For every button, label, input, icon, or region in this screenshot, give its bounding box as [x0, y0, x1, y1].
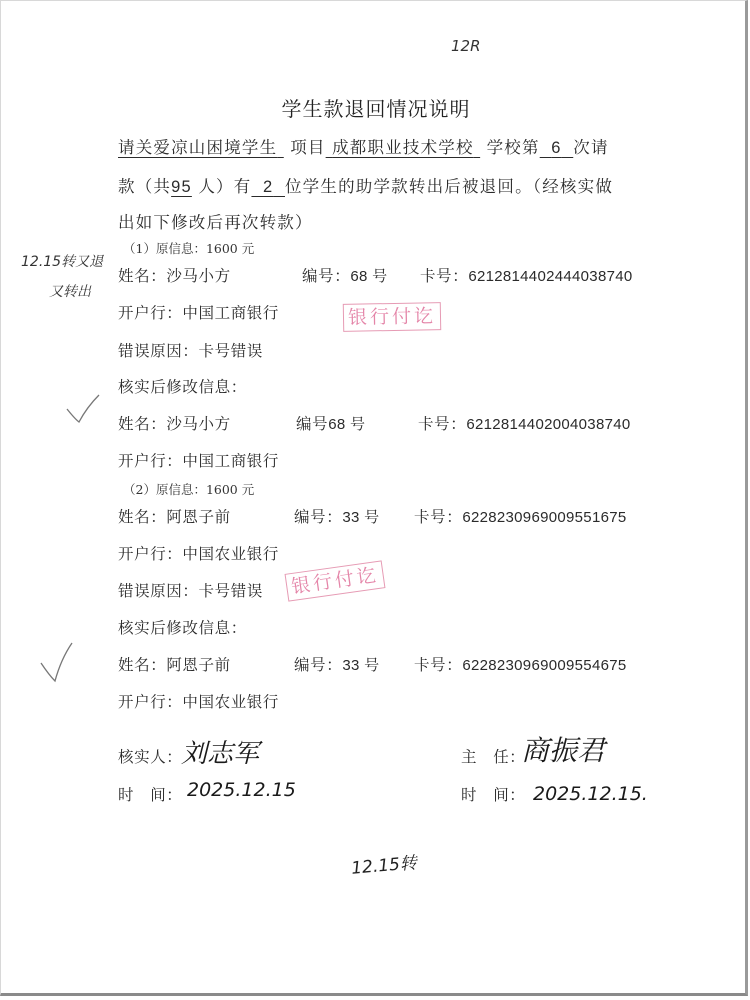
error-reason: 卡号错误 — [199, 582, 263, 600]
student-name: 阿恩子前 — [166, 508, 230, 526]
bank-name: 中国农业银行 — [182, 693, 279, 711]
card-number: 6228230969009551675 — [462, 509, 626, 526]
director-time-label: 时 间： — [461, 783, 525, 805]
id-label: 编号： — [294, 656, 342, 674]
id-label: 编号： — [294, 508, 342, 526]
request-suffix: 次请 — [573, 138, 608, 157]
margin-note-line-1: 12.15转又退 — [21, 251, 103, 271]
margin-note-line-2: 又转出 — [49, 281, 91, 301]
request-number: 6 — [551, 139, 561, 157]
document-page: 12R 学生款退回情况说明 请关爱凉山困境学生 项目 成都职业技术学校 学校第 … — [0, 0, 748, 996]
intro-line-1: 请关爱凉山困境学生 项目 成都职业技术学校 学校第 6 次请 — [118, 134, 609, 158]
intro-text: 位学生的助学款转出后被退回。（经核实做 — [285, 177, 613, 196]
card-number: 6228230969009554675 — [462, 657, 626, 674]
student-id: 68 号 — [350, 268, 387, 285]
record-1-header: （1）原信息：1600 元 — [123, 239, 254, 257]
bank-label: 开户行： — [118, 545, 182, 563]
bank-paid-stamp: 银行付讫 — [285, 560, 386, 601]
student-id: 33 号 — [342, 657, 379, 674]
name-label: 姓名： — [118, 508, 166, 526]
error-label: 错误原因： — [118, 342, 199, 360]
id-label: 编号： — [302, 267, 350, 285]
student-id: 68 号 — [328, 416, 365, 433]
card-label: 卡号： — [414, 656, 462, 674]
student-name: 沙马小方 — [166, 267, 230, 285]
student-name: 沙马小方 — [166, 415, 230, 433]
record-1-corrected-row: 姓名：沙马小方 编号68 号 卡号：6212814402004038740 — [118, 412, 678, 434]
name-label: 姓名： — [118, 656, 166, 674]
intro-text: 款（共 — [118, 177, 171, 196]
document-title: 学生款退回情况说明 — [1, 93, 750, 122]
student-id: 33 号 — [342, 509, 379, 526]
director-signature: 商振君 — [521, 729, 605, 769]
school-label: 学校第 — [487, 138, 540, 157]
total-students: 95 — [171, 178, 192, 196]
record-2-original-row: 姓名：阿恩子前 编号：33 号 卡号：6228230969009551675 — [118, 505, 678, 527]
name-label: 姓名： — [118, 267, 166, 285]
director-label: 主 任： — [461, 745, 525, 767]
record-2-corrected-row: 姓名：阿恩子前 编号：33 号 卡号：6228230969009554675 — [118, 653, 678, 675]
record-2-corrected-label: 核实后修改信息： — [118, 616, 247, 638]
record-1-corrected-bank-row: 开户行：中国工商银行 — [118, 449, 279, 471]
card-label: 卡号： — [414, 508, 462, 526]
error-reason: 卡号错误 — [199, 342, 263, 360]
intro-line-3: 出如下修改后再次转款） — [118, 209, 313, 233]
card-number: 6212814402444038740 — [468, 268, 632, 285]
bank-label: 开户行： — [118, 693, 182, 711]
record-1-corrected-label: 核实后修改信息： — [118, 375, 247, 397]
school-name: 成都职业技术学校 — [332, 138, 474, 157]
name-label: 姓名： — [118, 415, 166, 433]
record-2-header: （2）原信息：1600 元 — [123, 480, 254, 498]
checkmark-icon — [39, 641, 75, 683]
project-name: 请关爱凉山困境学生 — [118, 138, 277, 157]
record-2-bank-row: 开户行：中国农业银行 — [118, 542, 279, 564]
verifier-time-label: 时 间： — [118, 783, 182, 805]
bank-label: 开户行： — [118, 304, 182, 322]
director-time: 2025.12.15. — [533, 783, 648, 805]
intro-text: 人）有 — [198, 177, 251, 196]
verifier-time: 2025.12.15 — [187, 779, 296, 801]
bank-paid-stamp: 银行付讫 — [343, 302, 441, 332]
record-2-corrected-bank-row: 开户行：中国农业银行 — [118, 690, 279, 712]
bank-name: 中国工商银行 — [182, 452, 279, 470]
intro-line-2: 款（共95 人）有 2 位学生的助学款转出后被退回。（经核实做 — [118, 173, 613, 197]
bottom-handwritten-note: 12.15转 — [350, 848, 418, 879]
page-mark-handwritten: 12R — [451, 37, 481, 55]
bank-label: 开户行： — [118, 452, 182, 470]
card-number: 6212814402004038740 — [466, 416, 630, 433]
bank-name: 中国农业银行 — [182, 545, 279, 563]
bank-name: 中国工商银行 — [182, 304, 279, 322]
returned-count: 2 — [263, 178, 273, 196]
record-1-error-row: 错误原因：卡号错误 — [118, 339, 263, 361]
checkmark-icon — [65, 393, 101, 425]
record-1-original-row: 姓名：沙马小方 编号：68 号 卡号：6212814402444038740 — [118, 264, 678, 286]
project-label: 项目 — [290, 138, 325, 157]
record-1-bank-row: 开户行：中国工商银行 — [118, 301, 279, 323]
error-label: 错误原因： — [118, 582, 199, 600]
verifier-label: 核实人： — [118, 745, 182, 767]
student-name: 阿恩子前 — [166, 656, 230, 674]
verifier-signature: 刘志军 — [181, 733, 259, 770]
record-2-error-row: 错误原因：卡号错误 — [118, 579, 263, 601]
card-label: 卡号： — [418, 415, 466, 433]
id-label: 编号 — [296, 415, 328, 433]
card-label: 卡号： — [420, 267, 468, 285]
